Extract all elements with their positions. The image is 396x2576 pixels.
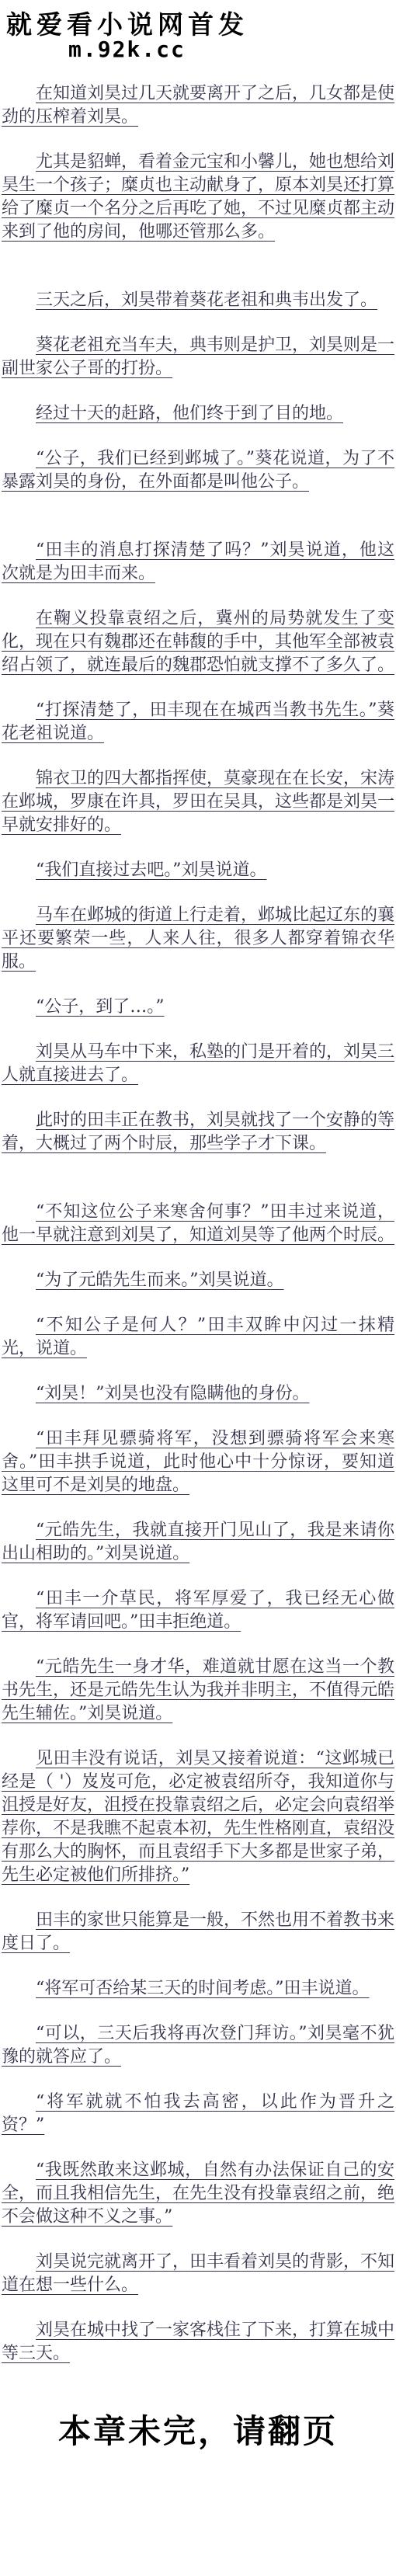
- paragraph: “元皓先生一身才华，难道就甘愿在这当一个教书先生，还是元皓先生认为我并非明主，不…: [2, 1656, 394, 1726]
- paragraph: “刘昊！”刘昊也没有隐瞒他的身份。: [2, 1382, 394, 1406]
- paragraph: “将军就就不怕我去高密，以此作为晋升之资？”: [2, 2091, 394, 2137]
- paragraph: 尤其是貂蝉，看着金元宝和小馨儿，她也想给刘昊生一个孩子；糜贞也主动献身了，原本刘…: [2, 151, 394, 244]
- paragraph: “不知公子是何人？”田丰双眸中闪过一抹精光，说道。: [2, 1314, 394, 1361]
- paragraph: “将军可否给某三天的时间考虑。”田丰说道。: [2, 1977, 394, 2001]
- paragraph: 此时的田丰正在教书，刘昊就找了一个安静的等着，大概过了两个时辰，那些学子才下课。: [2, 1109, 394, 1156]
- paragraph: 在知道刘昊过几天就要离开了之后，几女都是使劲的压榨着刘昊。: [2, 82, 394, 129]
- paragraph: “田丰的消息打探清楚了吗？”刘昊说道，他这次就是为田丰而来。: [2, 539, 394, 586]
- paragraph: 马车在邺城的街道上行走着，邺城比起辽东的襄平还要繁荣一些，人来人往，很多人都穿着…: [2, 904, 394, 974]
- paragraph: 刘昊在城中找了一家客栈住了下来，打算在城中等三天。: [2, 2319, 394, 2366]
- paragraph: “可以，三天后我将再次登门拜访。”刘昊毫不犹豫的就答应了。: [2, 2022, 394, 2069]
- paragraph: 刘昊说完就离开了，田丰看着刘昊的背影，不知道在想一些什么。: [2, 2251, 394, 2297]
- paragraph: “田丰拜见骠骑将军，没想到骠骑将军会来寒舍。”田丰拱手说道，此时他心中十分惊讶，…: [2, 1427, 394, 1497]
- paragraph: 田丰的家世只能算是一般，不然也用不着教书来度日了。: [2, 1909, 394, 1955]
- page-turn-notice: 本章未完，请翻页: [0, 2406, 396, 2453]
- paragraph: 锦衣卫的四大都指挥使，莫豪现在在长安，宋涛在邺城，罗康在许具，罗田在吴具，这些都…: [2, 767, 394, 837]
- paragraph: 经过十天的赶路，他们终于到了目的地。: [2, 402, 394, 426]
- paragraph: “我们直接过去吧。”刘昊说道。: [2, 859, 394, 882]
- paragraph: 在鞠义投靠袁绍之后，冀州的局势就发生了变化，现在只有魏郡还在韩馥的手中，其他军全…: [2, 607, 394, 677]
- paragraph: “公子，到了…。”: [2, 996, 394, 1019]
- paragraph: 见田丰没有说话，刘昊又接着说道：“这邺城已经是（ '）岌岌可危，必定被袁绍所夺，…: [2, 1747, 394, 1887]
- site-watermark: 就爱看小说网首发 m.92k.cc: [0, 11, 396, 61]
- paragraph: 葵花老祖充当车夫，典韦则是护卫，刘昊则是一副世家公子哥的打扮。: [2, 334, 394, 381]
- paragraph: “田丰一介草民，将军厚爱了，我已经无心做官，将军请回吧。”田丰拒绝道。: [2, 1587, 394, 1634]
- chapter-text: 在知道刘昊过几天就要离开了之后，几女都是使劲的压榨着刘昊。尤其是貂蝉，看着金元宝…: [0, 82, 396, 2366]
- paragraph: “我既然敢来这邺城，自然有办法保证自己的安全，而且我相信先生，在先生没有投靠袁绍…: [2, 2159, 394, 2229]
- paragraph: “公子，我们已经到邺城了。”葵花说道，为了不暴露刘昊的身份，在外面都是叫他公子。: [2, 447, 394, 494]
- paragraph: “不知这位公子来寒舍何事？”田丰过来说道，他一早就注意到刘昊了，知道刘昊等了他两…: [2, 1201, 394, 1247]
- site-name-watermark: 就爱看小说网首发: [6, 11, 396, 39]
- paragraph: “元皓先生，我就直接开门见山了，我是来请你出山相助的。”刘昊说道。: [2, 1519, 394, 1566]
- novel-reader-page: 就爱看小说网首发 m.92k.cc 在知道刘昊过几天就要离开了之后，几女都是使劲…: [0, 0, 396, 2576]
- paragraph: “打探清楚了，田丰现在在城西当教书先生。”葵花老祖说道。: [2, 699, 394, 746]
- paragraph: 刘昊从马车中下来，私塾的门是开着的，刘昊三人就直接进去了。: [2, 1041, 394, 1087]
- paragraph: “为了元皓先生而来。”刘昊说道。: [2, 1269, 394, 1292]
- paragraph: 三天之后，刘昊带着葵花老祖和典韦出发了。: [2, 289, 394, 312]
- site-url-watermark: m.92k.cc: [68, 39, 396, 61]
